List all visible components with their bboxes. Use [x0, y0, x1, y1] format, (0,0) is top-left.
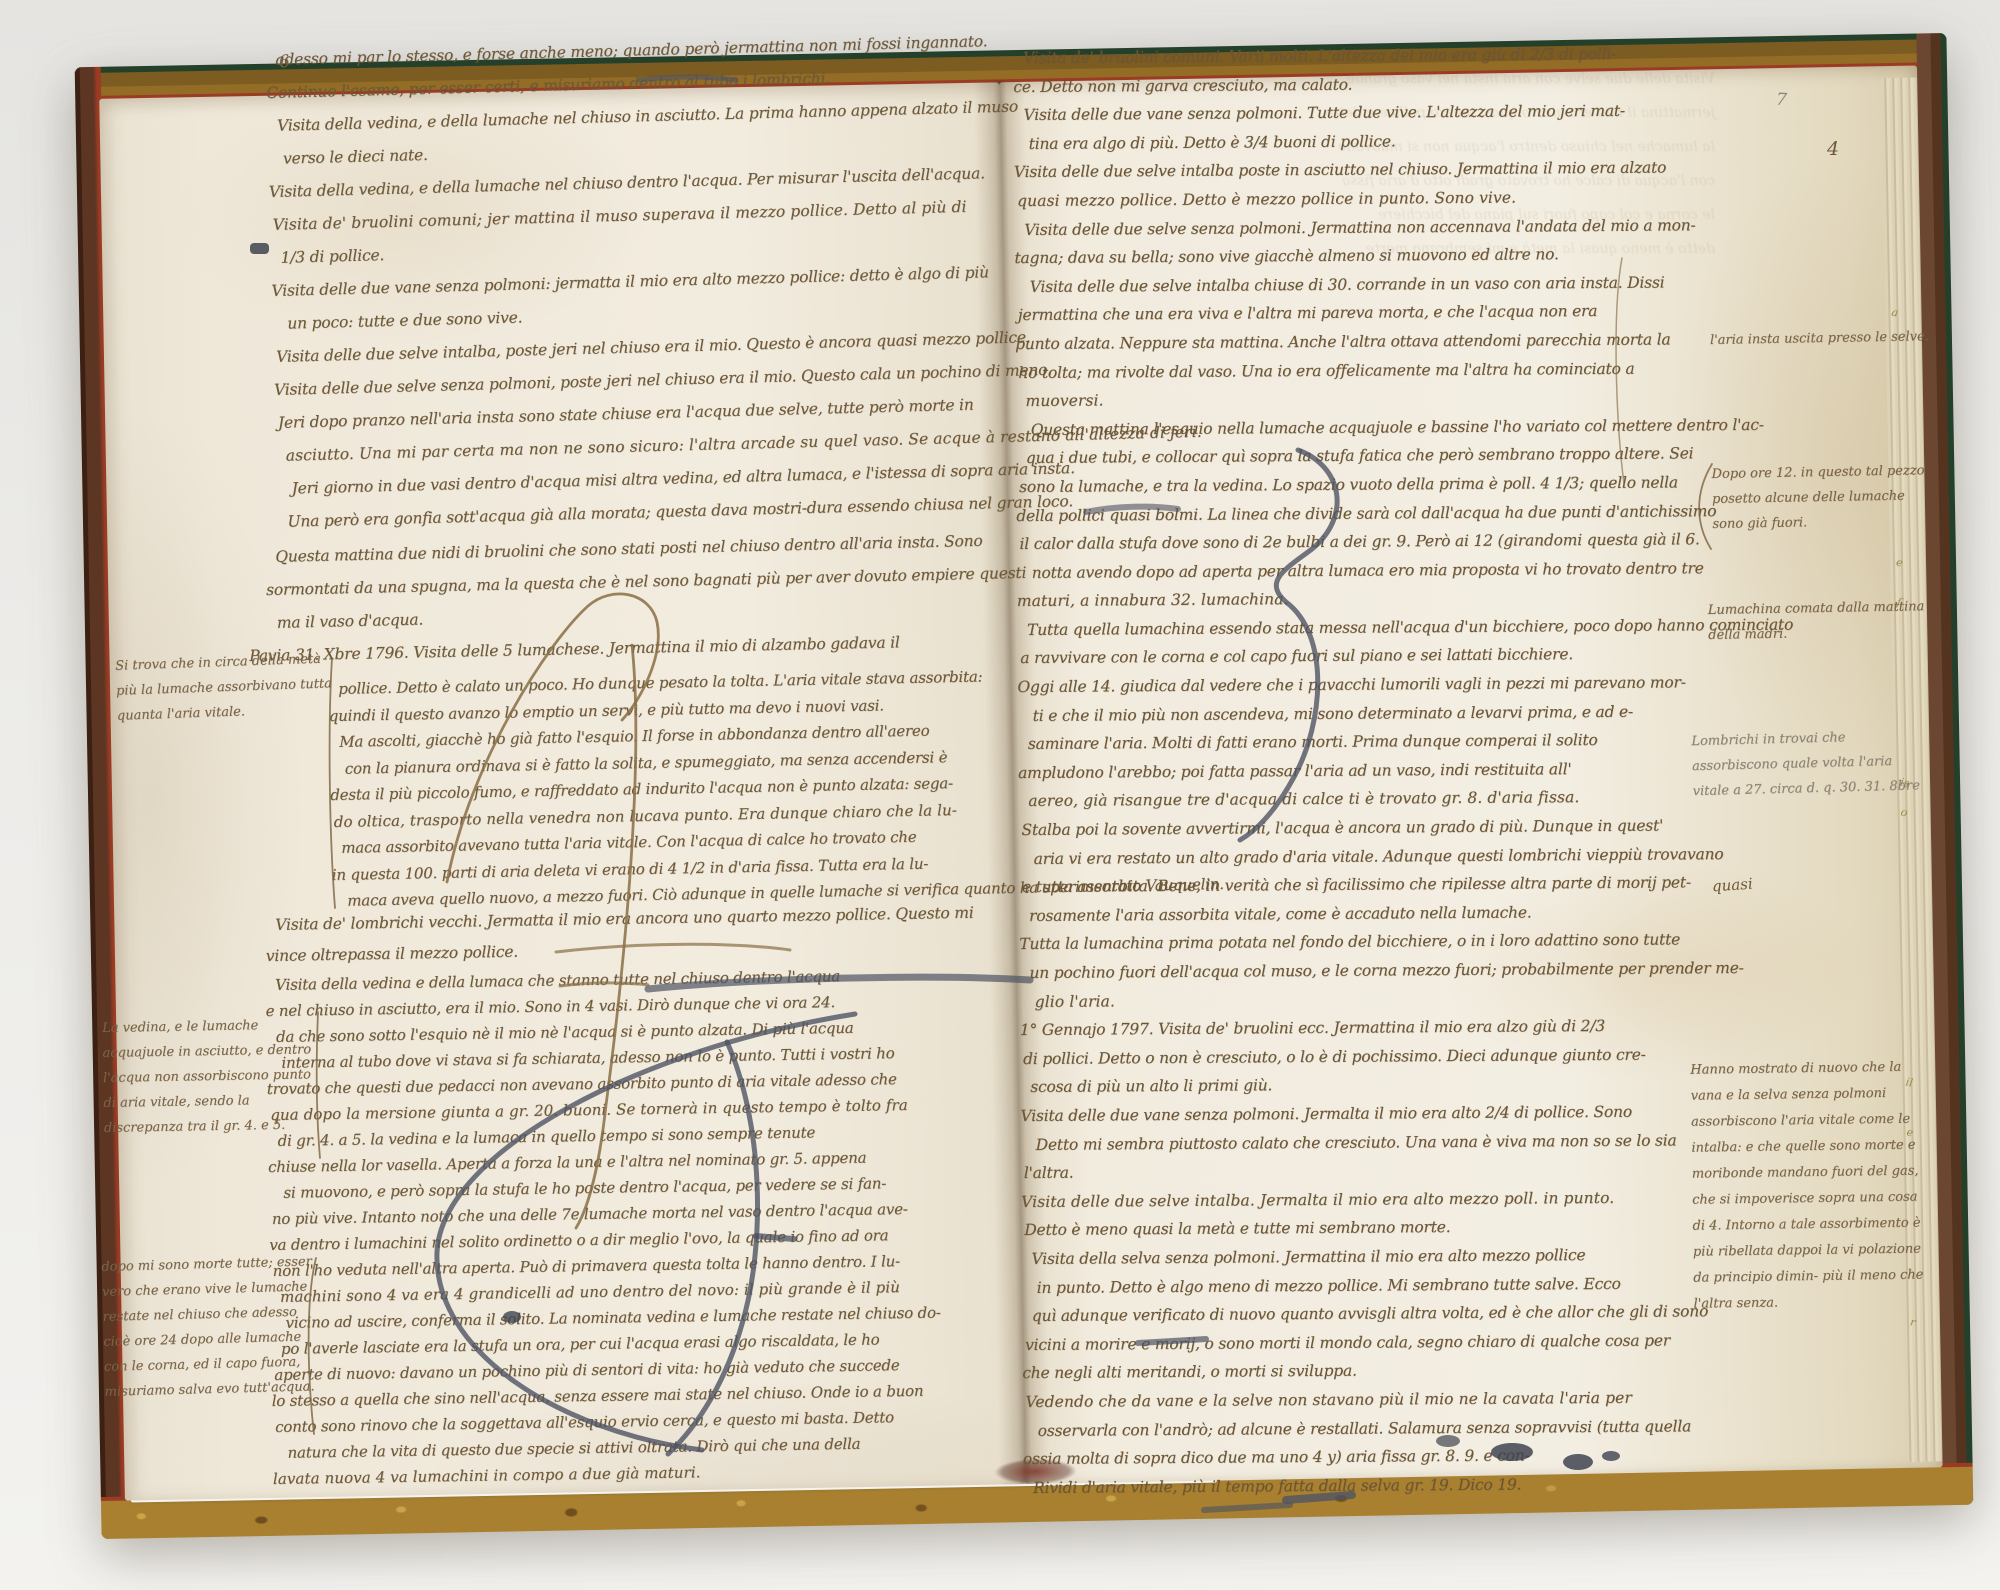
gutter-foot-shadow — [980, 1457, 1091, 1493]
fore-edge-mark: o — [1900, 806, 1926, 823]
left-page — [99, 82, 1025, 1500]
fore-edge-mark: ſ — [1896, 596, 1922, 613]
fore-edge-mark: r — [1909, 1315, 1935, 1332]
right-page — [999, 66, 1943, 1485]
fore-edge-mark: a — [1890, 306, 1916, 323]
fore-edge-mark: e — [1895, 556, 1921, 573]
photo-backdrop: aeſisoiler 6 7 4 adesso mi par lo stesso… — [0, 0, 2000, 1590]
fore-edge-mark: il — [1905, 1076, 1931, 1093]
manuscript-book: aeſisoiler — [75, 33, 1974, 1539]
fore-edge-mark: is — [1899, 776, 1925, 793]
fore-edge-mark: e — [1906, 1126, 1932, 1143]
